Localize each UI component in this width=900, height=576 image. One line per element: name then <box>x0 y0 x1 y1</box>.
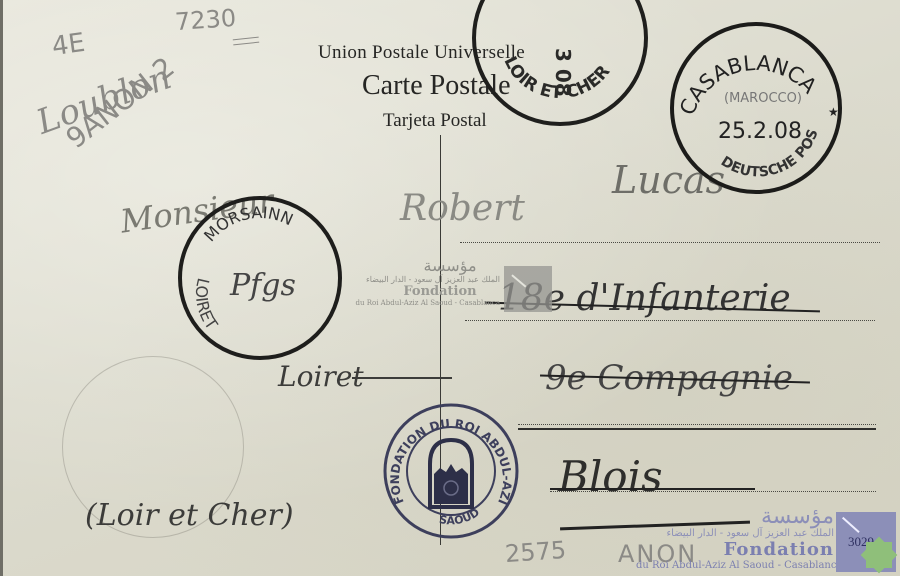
watermark-center-slash <box>512 274 527 287</box>
watermark-latin-sub: du Roi Abdul-Aziz Al Saoud - Casablanca <box>636 560 834 571</box>
address-line-2 <box>465 320 875 321</box>
watermark-arabic-sub: الملك عبد العزيز آل سعود - الدار البيضاء <box>636 528 834 539</box>
watermark-logo-square: 3029 <box>836 512 896 572</box>
addressee-first-name: Robert <box>400 188 525 229</box>
watermark-latin-title: Fondation <box>636 539 834 560</box>
casablanca-postmark: CASABLANCA (MAROCCO) 25.2.08 DEUTSCHE PO… <box>668 20 844 196</box>
address-city-strikethrough <box>550 488 755 490</box>
address-underline-3 <box>518 428 876 430</box>
handwriting-place: Loiret <box>278 360 364 393</box>
watermark-arabic-title: مؤسسة <box>636 506 834 528</box>
svg-text:3 08: 3 08 <box>551 48 575 97</box>
postcard: Union Postale Universelle Carte Postale … <box>0 0 900 576</box>
svg-text:25.2.08: 25.2.08 <box>718 119 802 144</box>
watermark-center-square <box>504 266 552 312</box>
foundation-seal: FONDATION DU ROI ABDUL-AZIZ SAOUD <box>382 402 520 540</box>
watermark-logo-slash <box>842 517 859 533</box>
watermark-center: مؤسسة الملك عبد العزيز آل سعود - الدار ا… <box>340 256 500 307</box>
svg-text:MORSAINN: MORSAINN <box>200 203 296 245</box>
loir-et-cher-postmark: LOIR ET CHER 3 08 <box>470 0 650 128</box>
pencil-code: 4E <box>50 28 87 62</box>
pencil-underline <box>233 37 259 46</box>
watermark-logo: مؤسسة الملك عبد العزيز آل سعود - الدار ا… <box>636 506 834 571</box>
address-line-3 <box>518 424 876 425</box>
handwriting-place-tail <box>352 377 452 379</box>
svg-text:CASABLANCA: CASABLANCA <box>675 51 822 119</box>
pencil-number: 7230 <box>174 4 237 36</box>
watermark-center-latin-title: Fondation <box>340 284 500 299</box>
watermark-center-latin-sub: du Roi Abdul-Aziz Al Saoud - Casablanca <box>330 299 500 307</box>
watermark-center-arabic-title: مؤسسة <box>340 256 500 275</box>
address-city: Blois <box>558 452 663 501</box>
pencil-bottom-number: 2575 <box>504 536 567 568</box>
svg-text:★: ★ <box>828 105 839 119</box>
left-postmark: MORSAINN LOIRET <box>175 193 345 363</box>
address-line-1 <box>460 242 880 243</box>
watermark-center-arabic-sub: الملك عبد العزيز آل سعود - الدار البيضاء <box>340 275 500 284</box>
card-edge <box>0 0 3 576</box>
svg-text:(MAROCCO): (MAROCCO) <box>724 91 802 106</box>
handwriting-region: (Loir et Cher) <box>85 498 294 533</box>
